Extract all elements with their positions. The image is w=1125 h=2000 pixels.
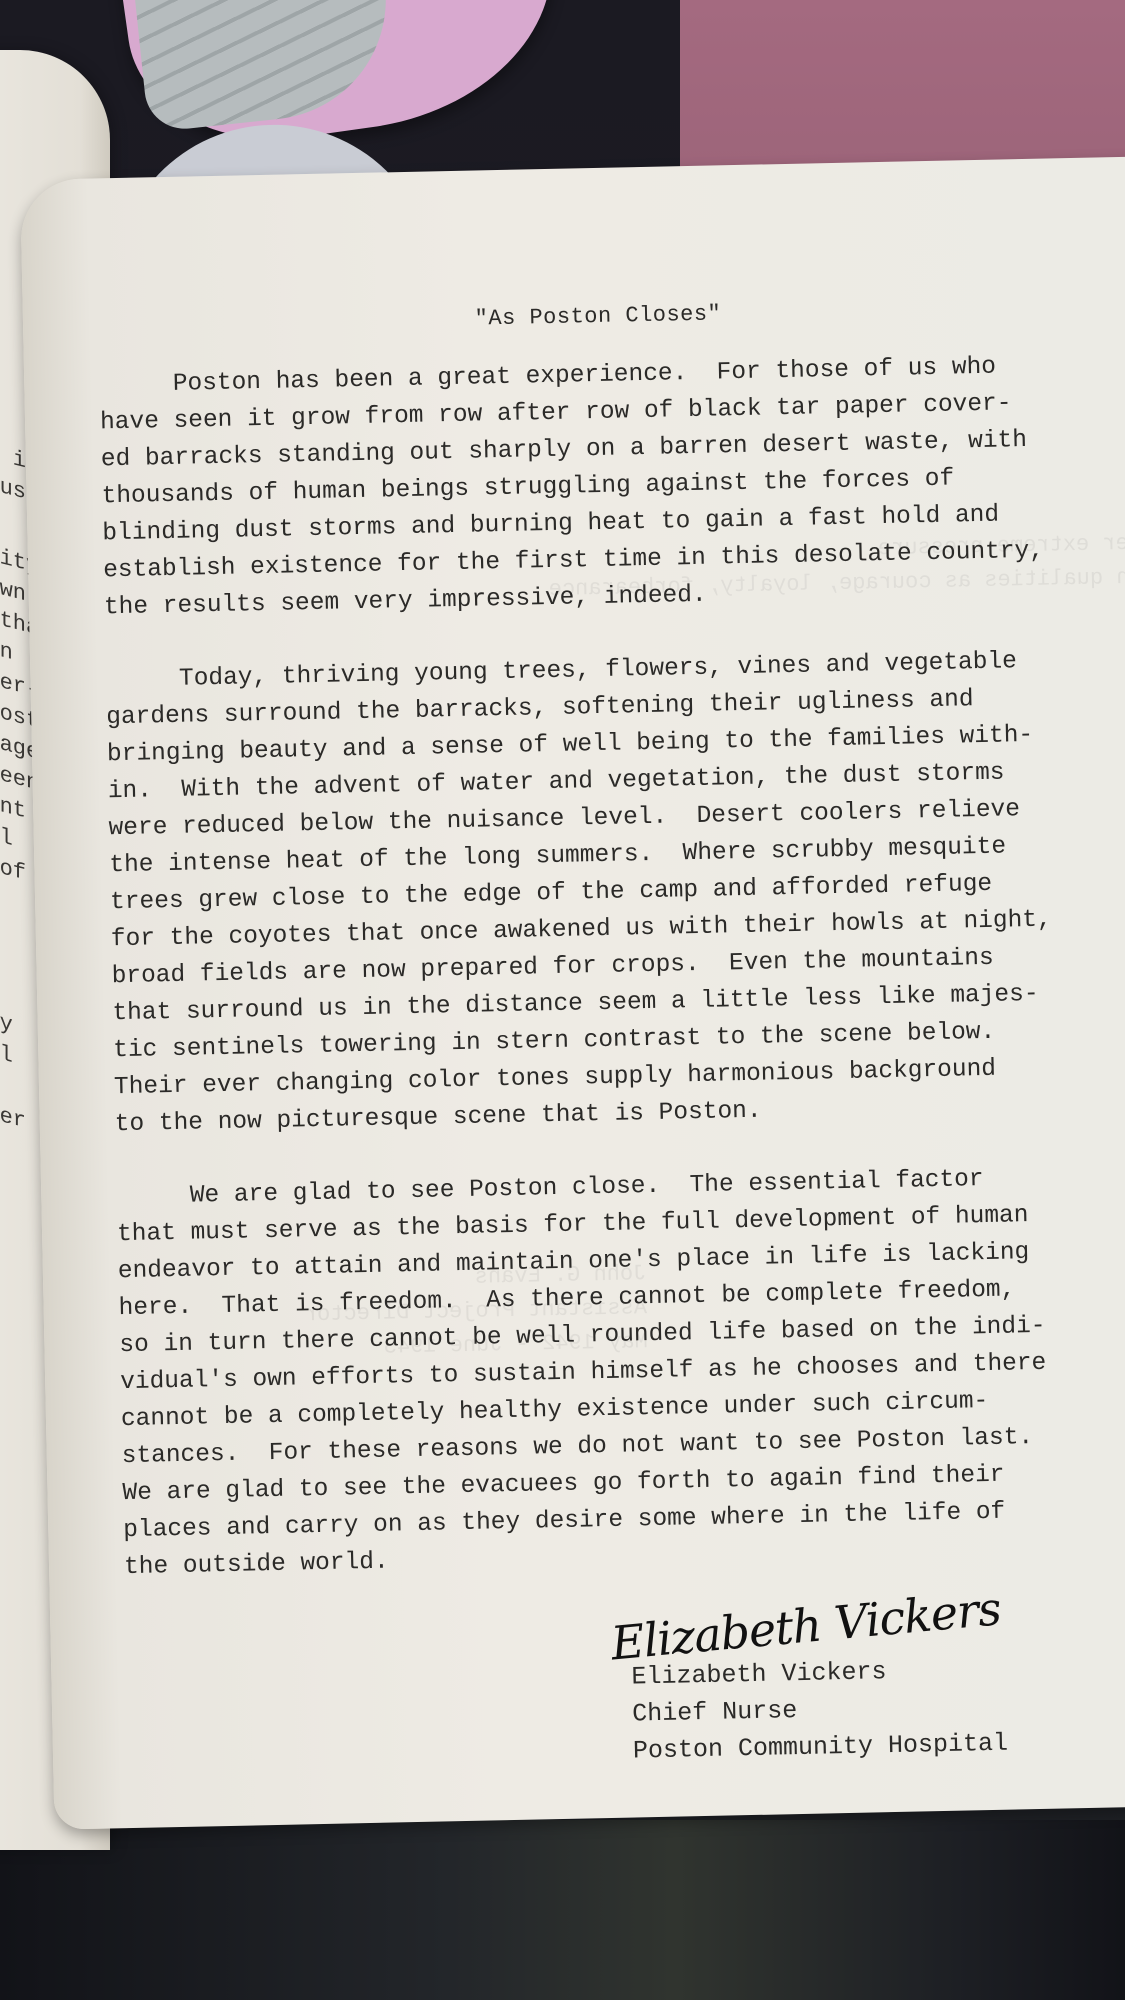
document-paragraphs: Poston has been a great experience. For …: [99, 346, 1124, 1586]
paragraph: We are glad to see Poston close. The ess…: [116, 1158, 1124, 1586]
handwritten-signature: Elizabeth Vickers: [610, 1590, 1002, 1662]
signature-block: Elizabeth Vickers Elizabeth Vickers Chie…: [630, 1601, 1125, 1769]
document-title: "As Poston Closes": [98, 287, 1099, 345]
photo-scene: ich inof us,tunityknownod thatbeenunder-…: [0, 0, 1125, 2000]
paragraph: Today, thriving young trees, flowers, vi…: [105, 641, 1115, 1143]
document-page: under extreme pressure such qualities as…: [20, 156, 1125, 1829]
document-body: "As Poston Closes" Poston has been a gre…: [98, 287, 1125, 1780]
dark-fabric: [0, 1820, 1125, 2000]
paragraph: Poston has been a great experience. For …: [99, 346, 1104, 626]
